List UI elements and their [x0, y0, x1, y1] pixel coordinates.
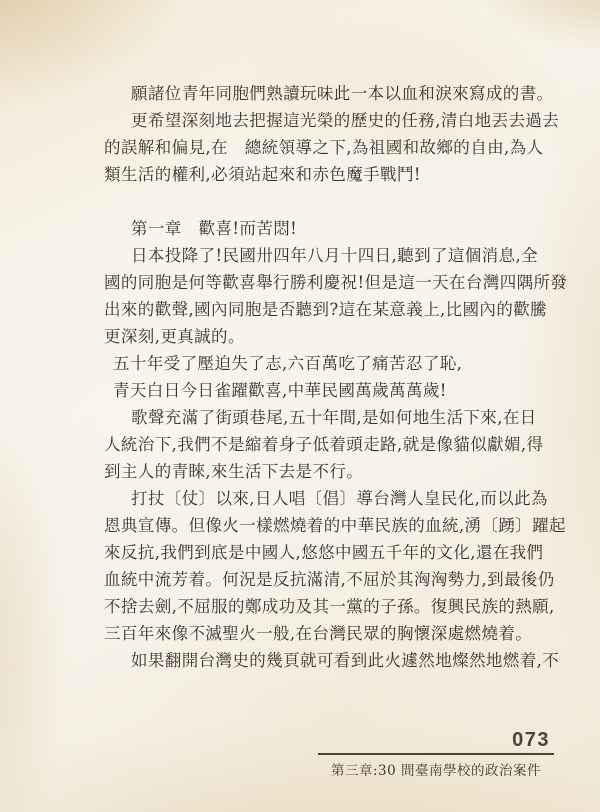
text-line: 五十年受了壓迫失了志,六百萬吃了痛苦忍了恥,	[104, 350, 540, 377]
text-line: 更深刻,更真誠的。	[104, 323, 540, 350]
text-line: 打扙〔仗〕以來,日人唱〔倡〕導台灣人皇民化,而以此為	[104, 485, 540, 512]
blank-line	[104, 188, 540, 215]
text-line: 出來的歡聲,國內同胞是否聽到?這在某意義上,比國內的歡騰	[104, 296, 540, 323]
text-line: 青天白日今日雀躍歡喜,中華民國萬歲萬萬歲!	[104, 377, 540, 404]
text-line: 來反抗,我們到底是中國人,悠悠中國五千年的文化,還在我們	[104, 539, 540, 566]
text-line: 國的同胞是何等歡喜舉行勝利慶祝!但是這一天在台灣四隅所發	[104, 269, 540, 296]
text-line: 不捨去劍,不屈服的鄭成功及其一黨的子孫。復興民族的熱願,	[104, 593, 540, 620]
text-line: 三百年來像不滅聖火一般,在台灣民眾的胸懷深處燃燒着。	[104, 620, 540, 647]
body-text: 願諸位青年同胞們熟讀玩味此一本以血和淚來寫成的書。更希望深刻地去把握這光榮的歷史…	[104, 80, 540, 674]
page-number: 073	[318, 729, 554, 751]
text-line: 到主人的青睞,來生活下去是不行。	[104, 458, 540, 485]
text-line: 恩典宣傳。但像火一樣燃燒着的中華民族的血統,湧〔踴〕躍起	[104, 512, 540, 539]
text-line: 的誤解和偏見,在 總統領導之下,為祖國和故鄉的自由,為人	[104, 134, 540, 161]
text-line: 如果翻開台灣史的幾頁就可看到此火遽然地燦然地燃着,不	[104, 647, 540, 674]
text-line: 血統中流芳着。何況是反抗滿清,不屈於其洶洶勢力,到最後仍	[104, 566, 540, 593]
page-footer: 073 第三章:30 間臺南學校的政治案件	[318, 729, 554, 779]
text-line: 日本投降了!民國卅四年八月十四日,聽到了這個消息,全	[104, 242, 540, 269]
text-line: 歌聲充滿了街頭巷尾,五十年間,是如何地生活下來,在日	[104, 404, 540, 431]
text-line: 願諸位青年同胞們熟讀玩味此一本以血和淚來寫成的書。	[104, 80, 540, 107]
text-line: 更希望深刻地去把握這光榮的歷史的任務,清白地丟去過去	[104, 107, 540, 134]
footer-rule	[318, 753, 554, 755]
chapter-footer-title: 第三章:30 間臺南學校的政治案件	[318, 759, 554, 779]
book-page-scan: { "document": { "lines": [ { "style": "p…	[0, 0, 600, 812]
text-line: 人統治下,我們不是縮着身子低着頭走路,就是像貓似獻媚,得	[104, 431, 540, 458]
text-line: 類生活的權利,必須站起來和赤色魔手戰鬥!	[104, 161, 540, 188]
chapter-heading: 第一章 歡喜!而苦悶!	[104, 215, 540, 242]
